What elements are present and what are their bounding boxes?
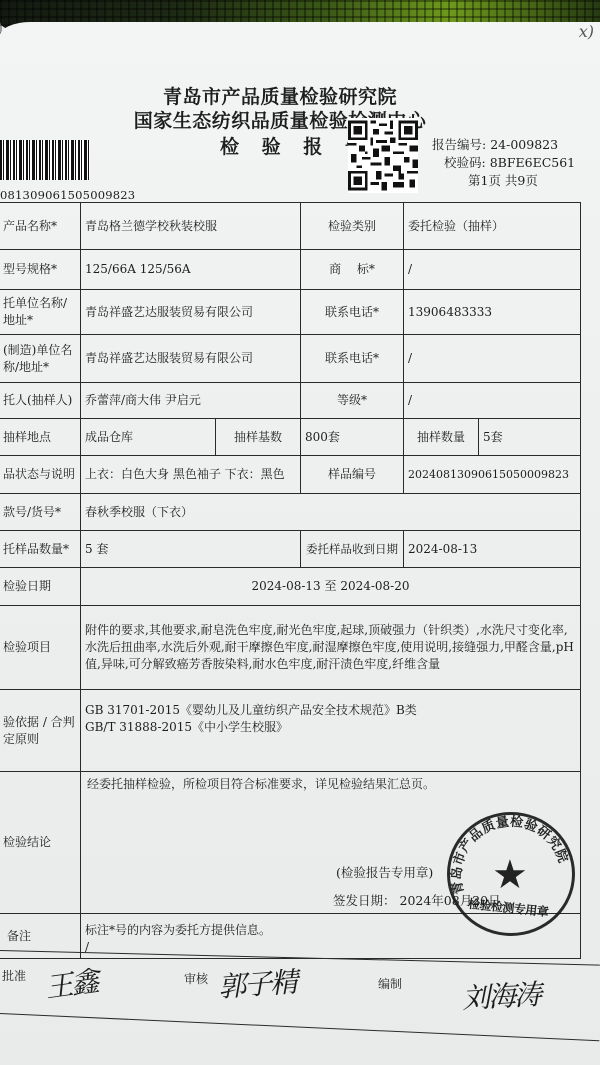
report-no-label: 报告编号: <box>432 137 486 152</box>
sample-no: 20240813090615050009823 <box>404 456 581 494</box>
model-label: 型号规格* <box>0 250 81 290</box>
trademark-label: 商 标* <box>301 250 404 290</box>
sampling-base: 800套 <box>301 419 404 456</box>
manufacturer-phone: / <box>404 335 581 383</box>
sampling-qty: 5套 <box>479 419 581 456</box>
manufacturer-phone-label: 联系电话* <box>301 335 404 383</box>
row-sample-state: 品状态与说明 上衣：白色大身 黑色袖子 下衣：黑色 样品编号 202408130… <box>0 456 581 494</box>
approve-label: 批准 <box>2 967 26 984</box>
sampling-qty-label: 抽样数量 <box>404 419 479 456</box>
sample-state-label: 品状态与说明 <box>0 456 81 494</box>
test-items-label: 检验项目 <box>0 606 81 690</box>
sample-count-label: 托样品数量* <box>0 531 81 568</box>
seal-label: (检验报告专用章) <box>336 864 433 881</box>
basis-standard-2: GB/T 31888-2015《中小学生校服》 <box>85 719 576 736</box>
basis: GB 31701-2015《婴幼儿及儿童纺织产品安全技术规范》B类 GB/T 3… <box>81 690 581 772</box>
sample-no-label: 样品编号 <box>301 456 404 494</box>
trademark: / <box>404 250 581 290</box>
prepare-label: 编制 <box>378 975 402 992</box>
client: 青岛祥盛艺达服装贸易有限公司 <box>81 290 301 335</box>
qr-code-icon <box>348 118 418 193</box>
report-no: 24-009823 <box>490 137 558 152</box>
row-style: 款号/货号* 春秋季校服（下衣） <box>0 494 581 531</box>
row-client: 托单位名称/地址* 青岛祥盛艺达服装贸易有限公司 联系电话* 139064833… <box>0 290 581 335</box>
institute-title: 青岛市产品质量检验研究院 <box>0 82 580 109</box>
test-items: 附件的要求,其他要求,耐皂洗色牢度,耐光色牢度,起球,顶破强力（针织类）,水洗尺… <box>81 606 581 690</box>
check-code-label: 校验码: <box>444 155 486 170</box>
row-product-name: 产品名称* 青岛格兰德学校秋装校服 检验类别 委托检验（抽样） <box>0 203 581 250</box>
page-info: 第1页 共9页 <box>432 172 575 190</box>
test-date: 2024-08-13 至 2024-08-20 <box>81 568 581 606</box>
row-test-date: 检验日期 2024-08-13 至 2024-08-20 <box>0 568 581 606</box>
product-name-label: 产品名称* <box>0 203 81 250</box>
row-test-items: 检验项目 附件的要求,其他要求,耐皂洗色牢度,耐光色牢度,起球,顶破强力（针织类… <box>0 606 581 690</box>
grade-label: 等级* <box>301 383 404 419</box>
grade: / <box>404 383 581 419</box>
row-manufacturer: (制造)单位名称/地址* 青岛祥盛艺达服装贸易有限公司 联系电话* / <box>0 335 581 383</box>
conclusion-text: 经委托抽样检验，所检项目符合标准要求，详见检验结果汇总页。 <box>87 776 576 793</box>
manufacturer: 青岛祥盛艺达服装贸易有限公司 <box>81 335 301 383</box>
sample-state: 上衣：白色大身 黑色袖子 下衣：黑色 <box>81 456 301 494</box>
row-basis: 验依据 / 合判定原则 GB 31701-2015《婴幼儿及儿童纺织产品安全技术… <box>0 690 581 772</box>
row-sample-count: 托样品数量* 5 套 委托样品收到日期 2024-08-13 <box>0 531 581 568</box>
style-label: 款号/货号* <box>0 494 81 531</box>
handwritten-corner-mark: ⅹ) <box>579 22 594 41</box>
issue-date-label: 签发日期： <box>333 893 396 908</box>
conclusion-label: 检验结论 <box>0 772 81 914</box>
row-model: 型号规格* 125/66A 125/56A 商 标* / <box>0 250 581 290</box>
sample-count: 5 套 <box>81 531 301 568</box>
report-meta: 报告编号: 24-009823 校验码: 8BFE6EC561 第1页 共9页 <box>432 136 575 190</box>
model: 125/66A 125/56A <box>81 250 301 290</box>
sampler: 乔蕾萍/商大伟 尹启元 <box>81 383 301 419</box>
check-code: 8BFE6EC561 <box>490 155 575 170</box>
approve-signature: 王鑫 <box>42 960 99 1007</box>
inspection-type-label: 检验类别 <box>301 203 404 250</box>
basis-standard-1: GB 31701-2015《婴幼儿及儿童纺织产品安全技术规范》B类 <box>85 702 576 719</box>
barcode-number: 081309061505009823 <box>0 188 135 202</box>
sampling-base-label: 抽样基数 <box>216 419 301 456</box>
row-sampler: 托人(抽样人) 乔蕾萍/商大伟 尹启元 等级* / <box>0 383 581 419</box>
client-label: 托单位名称/地址* <box>0 290 81 335</box>
sampler-label: 托人(抽样人) <box>0 383 81 419</box>
received-date: 2024-08-13 <box>404 531 581 568</box>
sampling-place: 成品仓库 <box>81 419 216 456</box>
star-icon: ★ <box>492 855 528 895</box>
review-signature: 郭子精 <box>217 960 298 1005</box>
official-seal-icon: 青岛市产品质量检验研究院 ★ 检验检测专用章 <box>447 812 575 936</box>
sampling-place-label: 抽样地点 <box>0 419 81 456</box>
product-name: 青岛格兰德学校秋装校服 <box>81 203 301 250</box>
barcode-icon <box>0 140 90 180</box>
center-title: 国家生态纺织品质量检验检测中心 <box>0 106 580 133</box>
row-sampling: 抽样地点 成品仓库 抽样基数 800套 抽样数量 5套 <box>0 419 581 456</box>
manufacturer-label: (制造)单位名称/地址* <box>0 335 81 383</box>
client-phone-label: 联系电话* <box>301 290 404 335</box>
signature-row: 批准 王鑫 审核 郭子精 编制 刘海涛 <box>0 955 600 1015</box>
client-phone: 13906483333 <box>404 290 581 335</box>
review-label: 审核 <box>184 970 208 987</box>
test-date-label: 检验日期 <box>0 568 81 606</box>
prepare-signature: 刘海涛 <box>461 973 541 1017</box>
basis-label: 验依据 / 合判定原则 <box>0 690 81 772</box>
received-date-label: 委托样品收到日期 <box>301 531 404 568</box>
inspection-type: 委托检验（抽样） <box>404 203 581 250</box>
style: 春秋季校服（下衣） <box>81 494 581 531</box>
